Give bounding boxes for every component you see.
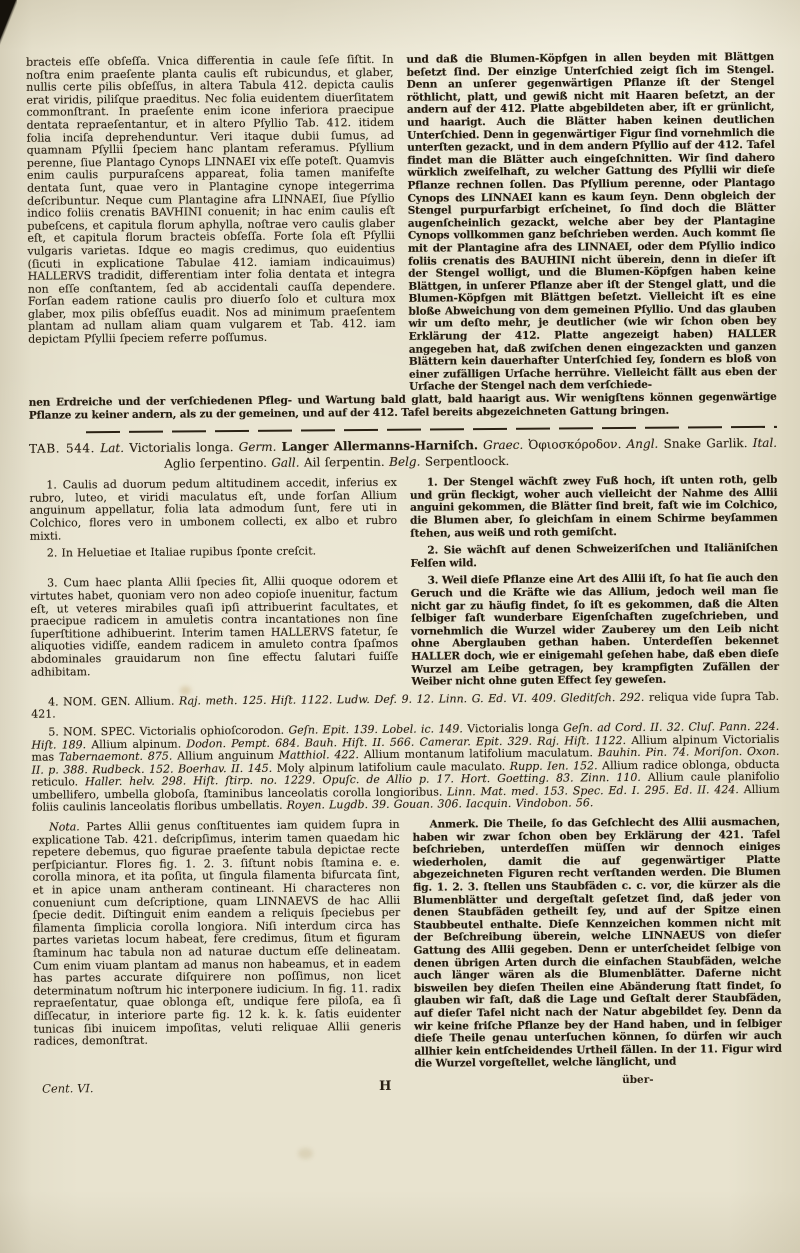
section-divider-rule: [86, 425, 777, 433]
nota-latin-text: Partes Allii genus conſtituentes iam qui…: [32, 818, 401, 1048]
german-column: 3. Weil dieſe Pflanze eine Art des Allii…: [411, 572, 779, 688]
nota-german-text: Die Theile, ſo das Geſchlecht des Allii …: [413, 816, 782, 1070]
gathering-mark: H: [379, 1079, 391, 1094]
signature-label: Cent. VI.: [42, 1081, 94, 1095]
nota-latin-column: Nota. Partes Allii genus conſtituentes i…: [32, 819, 401, 1049]
stain: [298, 1148, 313, 1159]
nota-section: Nota. Partes Allii genus conſtituentes i…: [32, 816, 782, 1074]
continuation-german-overflow: nen Erdreiche und der verſchiedenen Pfle…: [29, 391, 777, 422]
nomen-genus-lead: 4. NOM. GEN. Allium.: [48, 694, 174, 708]
citation: Matthiol. 422.: [279, 748, 359, 762]
lang-label-lat: Lat.: [100, 441, 124, 455]
paragraph-row-2: 2. In Heluetiae et Italiae rupibus ſpont…: [30, 542, 778, 573]
nota-latin-label: Nota.: [49, 820, 80, 833]
nomen-species-paragraph: 5. NOM. SPEC. Victorialis ophioſcorodon.…: [31, 721, 780, 815]
continuation-section: bracteis eſſe obſeſſa. Vnica differentia…: [26, 51, 777, 397]
lang-label-belg: Belg.: [389, 454, 420, 468]
paragraph-row-3: 3. Cum haec planta Allii ſpecies ſit, Al…: [30, 572, 779, 691]
latin-column: 3. Cum haec planta Allii ſpecies ſit, Al…: [30, 575, 398, 679]
latin-column: 1. Caulis ad duorum pedum altitudinem ac…: [29, 477, 397, 543]
page-corner-tear: [0, 0, 17, 46]
name-lat: Victorialis longa.: [129, 440, 233, 455]
lang-label-angl: Angl.: [627, 437, 659, 451]
plant-name: Allium alpinum.: [91, 737, 181, 751]
lang-label-graec: Graec.: [483, 438, 523, 452]
continuation-latin-paragraph: bracteis eſſe obſeſſa. Vnica differentia…: [26, 54, 396, 347]
nota-german-paragraph: Anmerk. Die Theile, ſo das Geſchlecht de…: [412, 816, 781, 1071]
german-paragraph-1: 1. Der Stengel wächſt zwey Fuß hoch, iſt…: [410, 474, 778, 540]
nota-latin-paragraph: Nota. Partes Allii genus conſtituentes i…: [32, 819, 401, 1049]
nomen-genus-paragraph: 4. NOM. GEN. Allium. Raj. meth. 125. Hiſ…: [31, 691, 779, 722]
latin-paragraph-2: 2. In Heluetiae et Italiae rupibus ſpont…: [30, 545, 398, 560]
latin-paragraph-1: 1. Caulis ad duorum pedum altitudinem ac…: [29, 477, 397, 543]
lang-label-gall: Gall.: [271, 455, 299, 469]
nomen-genus-citations: Raj. meth. 125. Hiſt. 1122. Ludw. Def. 9…: [179, 691, 644, 708]
name-ital: Aglio ſerpentino.: [164, 456, 267, 471]
name-graec: Ὀφιοσκόροδον.: [528, 437, 621, 452]
continuation-german-column: und daß die Blumen-Köpfgen in allen beyd…: [406, 51, 776, 394]
continuation-latin-column: bracteis eſſe obſeſſa. Vnica differentia…: [26, 54, 396, 347]
catchword: über-: [622, 1074, 654, 1086]
german-paragraph-2: 2. Sie wächſt auf denen Schweizeriſchen …: [410, 542, 778, 570]
latin-paragraph-3: 3. Cum haec planta Allii ſpecies ſit, Al…: [30, 575, 398, 679]
continuation-german-paragraph: und daß die Blumen-Köpfgen in allen beyd…: [406, 51, 776, 394]
latin-column: 2. In Heluetiae et Italiae rupibus ſpont…: [30, 545, 398, 560]
name-gall: Ail ſerpentin.: [304, 455, 385, 470]
nota-german-column: Anmerk. Die Theile, ſo das Geſchlecht de…: [412, 816, 781, 1071]
nota-german-label: Anmerk.: [429, 818, 478, 830]
citation: Rupp. Ien. 152.: [510, 759, 598, 773]
text-block: bracteis eſſe obſeſſa. Vnica differentia…: [26, 51, 782, 1102]
citation: Royen. Lugdb. 39. Gouan. 306. Iacquin. V…: [287, 797, 594, 812]
plant-name: Victorialis longa: [467, 721, 559, 735]
name-germ: Langer Allermanns-Harniſch.: [282, 438, 478, 454]
name-belg: Serpentloock.: [425, 454, 510, 469]
plant-name: Allium anguinum: [177, 749, 274, 763]
name-angl: Snake Garlik.: [664, 436, 748, 451]
lang-label-germ: Germ.: [239, 440, 277, 454]
german-paragraph-3: 3. Weil dieſe Pflanze eine Art des Allii…: [411, 572, 779, 688]
paragraph-row-1: 1. Caulis ad duorum pedum altitudinem ac…: [29, 474, 777, 543]
tab-number: TAB. 544.: [29, 441, 95, 456]
tab-heading: TAB. 544. Lat. Victorialis longa. Germ. …: [29, 436, 777, 473]
lang-label-ital: Ital.: [753, 436, 777, 450]
german-column: 2. Sie wächſt auf denen Schweizeriſchen …: [410, 542, 778, 570]
german-column: 1. Der Stengel wächſt zwey Fuß hoch, iſt…: [410, 474, 778, 540]
